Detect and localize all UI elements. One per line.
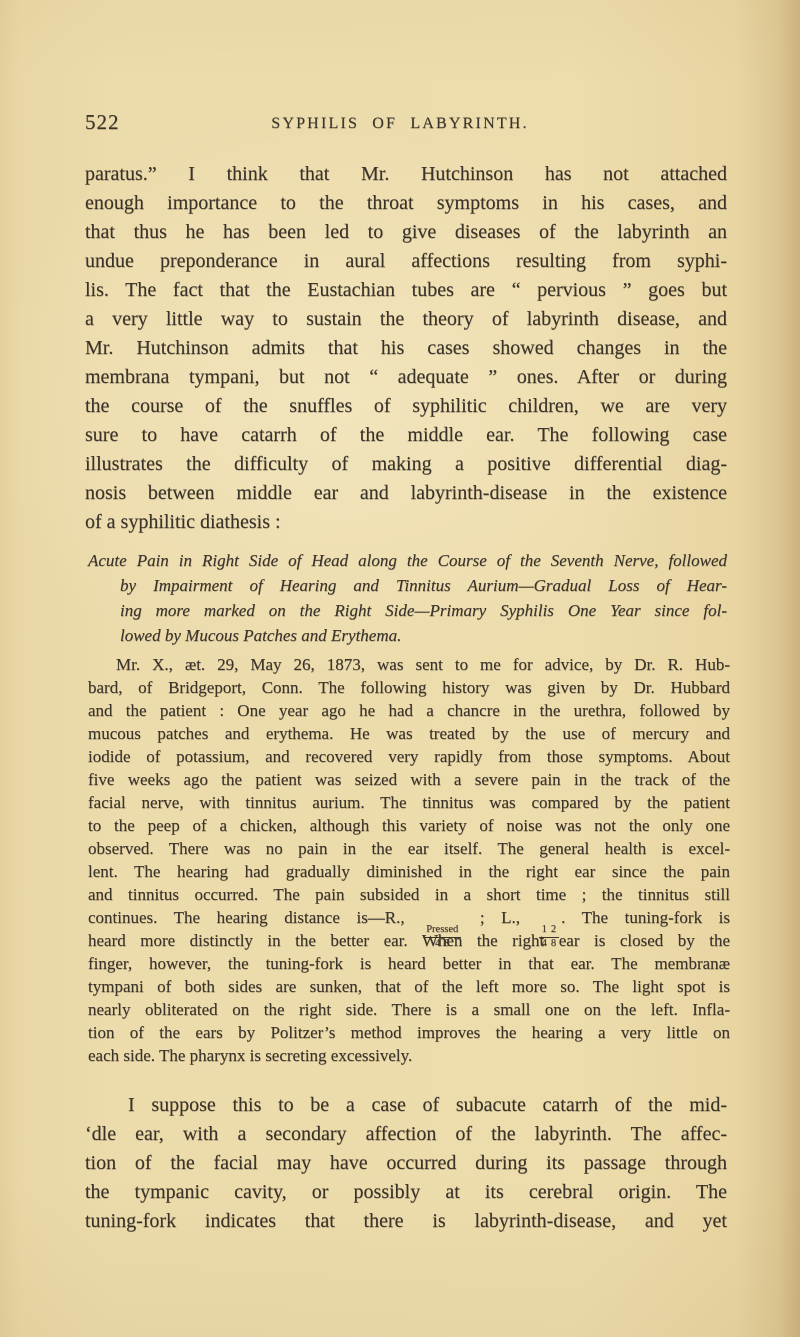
text-line: nearly obliterated on the right side. Th… xyxy=(88,998,730,1021)
text-line: Acute Pain in Right Side of Head along t… xyxy=(88,548,727,573)
text-line: and the patient : One year ago he had a … xyxy=(88,699,730,722)
text-line: lent. The hearing had gradually diminish… xyxy=(88,860,730,883)
text-line: five weeks ago the patient was seized wi… xyxy=(88,768,730,791)
case-report-paragraph: Mr. X., æt. 29, May 26, 1873, was sent t… xyxy=(88,653,730,1067)
text-line: undue preponderance in aural affections … xyxy=(85,247,727,276)
text-line: nosis between middle ear and labyrinth-d… xyxy=(85,479,727,508)
text-line: illustrates the difficulty of making a p… xyxy=(85,450,727,479)
text-line: lis. The fact that the Eustachian tubes … xyxy=(85,276,727,305)
text-line: observed. There was no pain in the ear i… xyxy=(88,837,730,860)
text-line: bard, of Bridgeport, Conn. The following… xyxy=(88,676,730,699)
closing-paragraph: I suppose this to be a case of subacute … xyxy=(85,1091,727,1236)
text-line: each side. The pharynx is secreting exce… xyxy=(88,1044,730,1067)
case-heading: Acute Pain in Right Side of Head along t… xyxy=(88,548,727,648)
text-line: enough importance to the throat symptoms… xyxy=(85,189,727,218)
text-line: sure to have catarrh of the middle ear. … xyxy=(85,421,727,450)
book-page: 522 SYPHILIS OF LABYRINTH. paratus.” I t… xyxy=(0,0,800,1337)
text-line: tympani of both sides are sunken, that o… xyxy=(88,975,730,998)
text-line: membrana tympani, but not “ adequate ” o… xyxy=(85,363,727,392)
text-line: tion of the facial may have occurred dur… xyxy=(85,1149,727,1178)
text-line: paratus.” I think that Mr. Hutchinson ha… xyxy=(85,160,727,189)
text-line: the course of the snuffles of syphilitic… xyxy=(85,392,727,421)
text-line: ing more marked on the Right Side—Primar… xyxy=(88,598,727,623)
text-line: Mr. X., æt. 29, May 26, 1873, was sent t… xyxy=(88,653,730,676)
text-line: the tympanic cavity, or possibly at its … xyxy=(85,1178,727,1207)
text-line: iodide of potassium, and recovered very … xyxy=(88,745,730,768)
text-line: Mr. Hutchinson admits that his cases sho… xyxy=(85,334,727,363)
text-line: a very little way to sustain the theory … xyxy=(85,305,727,334)
text-line: of a syphilitic diathesis : xyxy=(85,508,727,537)
text-line: finger, however, the tuning-fork is hear… xyxy=(88,952,730,975)
text-line: lowed by Mucous Patches and Erythema. xyxy=(88,623,727,648)
text-line: I suppose this to be a case of subacute … xyxy=(85,1091,727,1120)
text-line: tuning-fork indicates that there is laby… xyxy=(85,1207,727,1236)
text-line: continues. The hearing distance is—R., P… xyxy=(88,906,730,929)
intro-paragraph: paratus.” I think that Mr. Hutchinson ha… xyxy=(85,160,727,537)
text-line: ‘dle ear, with a secondary affection of … xyxy=(85,1120,727,1149)
running-head: SYPHILIS OF LABYRINTH. xyxy=(0,115,800,133)
text-line: that thus he has been led to give diseas… xyxy=(85,218,727,247)
text-line: to the peep of a chicken, although this … xyxy=(88,814,730,837)
text-line: heard more distinctly in the better ear.… xyxy=(88,929,730,952)
text-line: mucous patches and erythema. He was trea… xyxy=(88,722,730,745)
text-line: by Impairment of Hearing and Tinnitus Au… xyxy=(88,573,727,598)
text-line: tion of the ears by Politzer’s method im… xyxy=(88,1021,730,1044)
text-line: facial nerve, with tinnitus aurium. The … xyxy=(88,791,730,814)
text-line: and tinnitus occurred. The pain subsided… xyxy=(88,883,730,906)
